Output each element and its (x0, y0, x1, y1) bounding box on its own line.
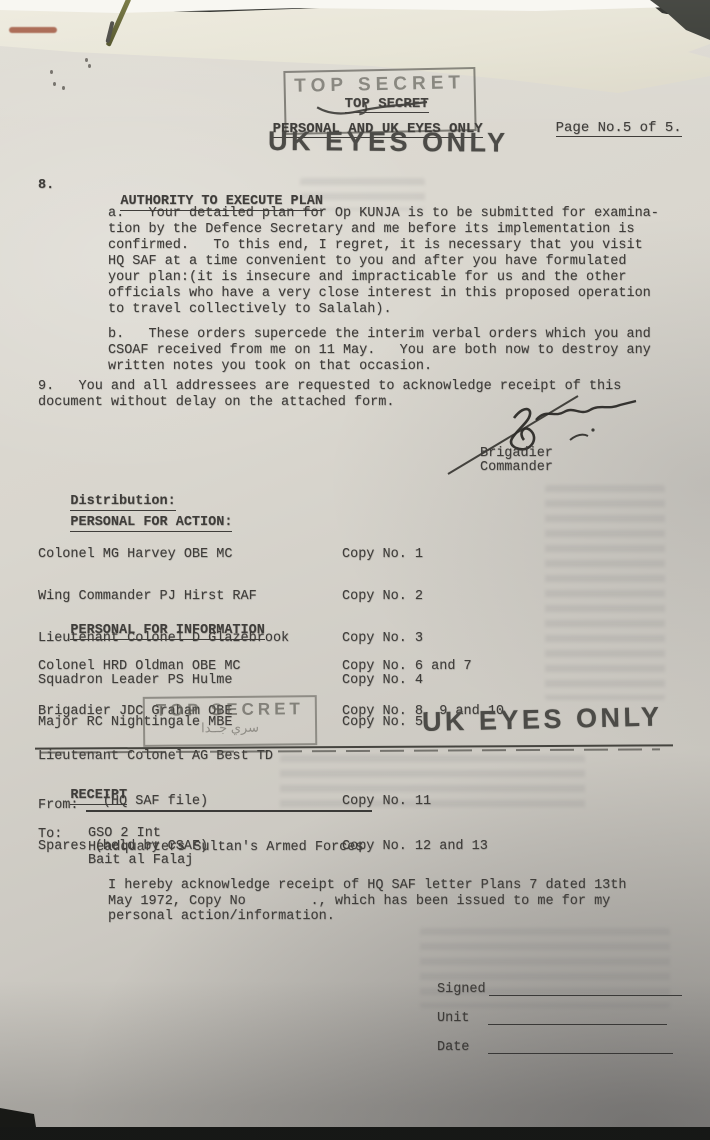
top-secret-stamp-box-bottom: TOP SECRET سري جــدا (143, 695, 318, 747)
to-address: GSO 2 Int Headquarters Sultan's Armed Fo… (88, 827, 363, 868)
to-label: To: (38, 827, 62, 843)
table-row: Wing Commander PJ Hirst RAF Copy No. 2 (38, 590, 638, 604)
unit-fill-line (488, 1024, 667, 1025)
arabic-stamp-text: سري جــدا (145, 719, 315, 737)
unit-label: Unit (437, 1011, 469, 1027)
table-row: Colonel HRD Oldman OBE MC Copy No. 6 and… (38, 659, 638, 674)
red-pen-mark (9, 27, 57, 33)
scanned-document: TOP SECRET TOP SECRET PERSONAL AND UK EY… (0, 0, 710, 1140)
top-secret-stamp-bottom-text: TOP SECRET (145, 699, 315, 721)
uk-eyes-only-stamp-top: UK EYES ONLY (268, 126, 509, 159)
paragraph-a: a. Your detailed plan for Op KUNJA is to… (108, 206, 659, 318)
page-number: Page No.5 of 5. (522, 104, 682, 153)
receipt-body: I hereby acknowledge receipt of HQ SAF l… (108, 878, 626, 925)
paper-speck (53, 82, 56, 86)
table-row: (HQ SAF file) Copy No. 11 (38, 794, 638, 809)
paper-speck (50, 70, 53, 74)
paper-speck (88, 64, 91, 68)
cell-copy: Copy No. 6 and 7 (342, 659, 472, 674)
paragraph-b: b. These orders supercede the interim ve… (108, 327, 651, 375)
signature-icon (428, 388, 688, 483)
paper-speck (62, 86, 65, 90)
uk-eyes-only-stamp-bottom: UK EYES ONLY (422, 702, 663, 738)
from-label: From: (38, 798, 79, 814)
cell-copy: Copy No. 1 (342, 548, 423, 562)
signed-fill-line (489, 995, 682, 996)
scanner-edge-bottom (0, 1127, 710, 1140)
cell-name: Colonel HRD Oldman OBE MC (38, 659, 342, 674)
cell-name: Colonel MG Harvey OBE MC (38, 548, 342, 562)
section-8-number: 8. (38, 178, 54, 194)
signed-label: Signed (437, 982, 486, 998)
date-label: Date (437, 1040, 469, 1056)
table-row: Colonel MG Harvey OBE MC Copy No. 1 (38, 548, 638, 562)
date-fill-line (488, 1053, 673, 1054)
from-fill-line (86, 810, 372, 812)
paper-speck (85, 58, 88, 62)
signature-title: Commander (480, 460, 553, 476)
cell-copy: Copy No. 11 (342, 794, 431, 809)
cell-name: Wing Commander PJ Hirst RAF (38, 590, 342, 604)
cell-copy: Copy No. 12 and 13 (342, 839, 488, 854)
page-number-label: Page No.5 of 5. (556, 120, 682, 137)
cell-copy: Copy No. 2 (342, 590, 423, 604)
